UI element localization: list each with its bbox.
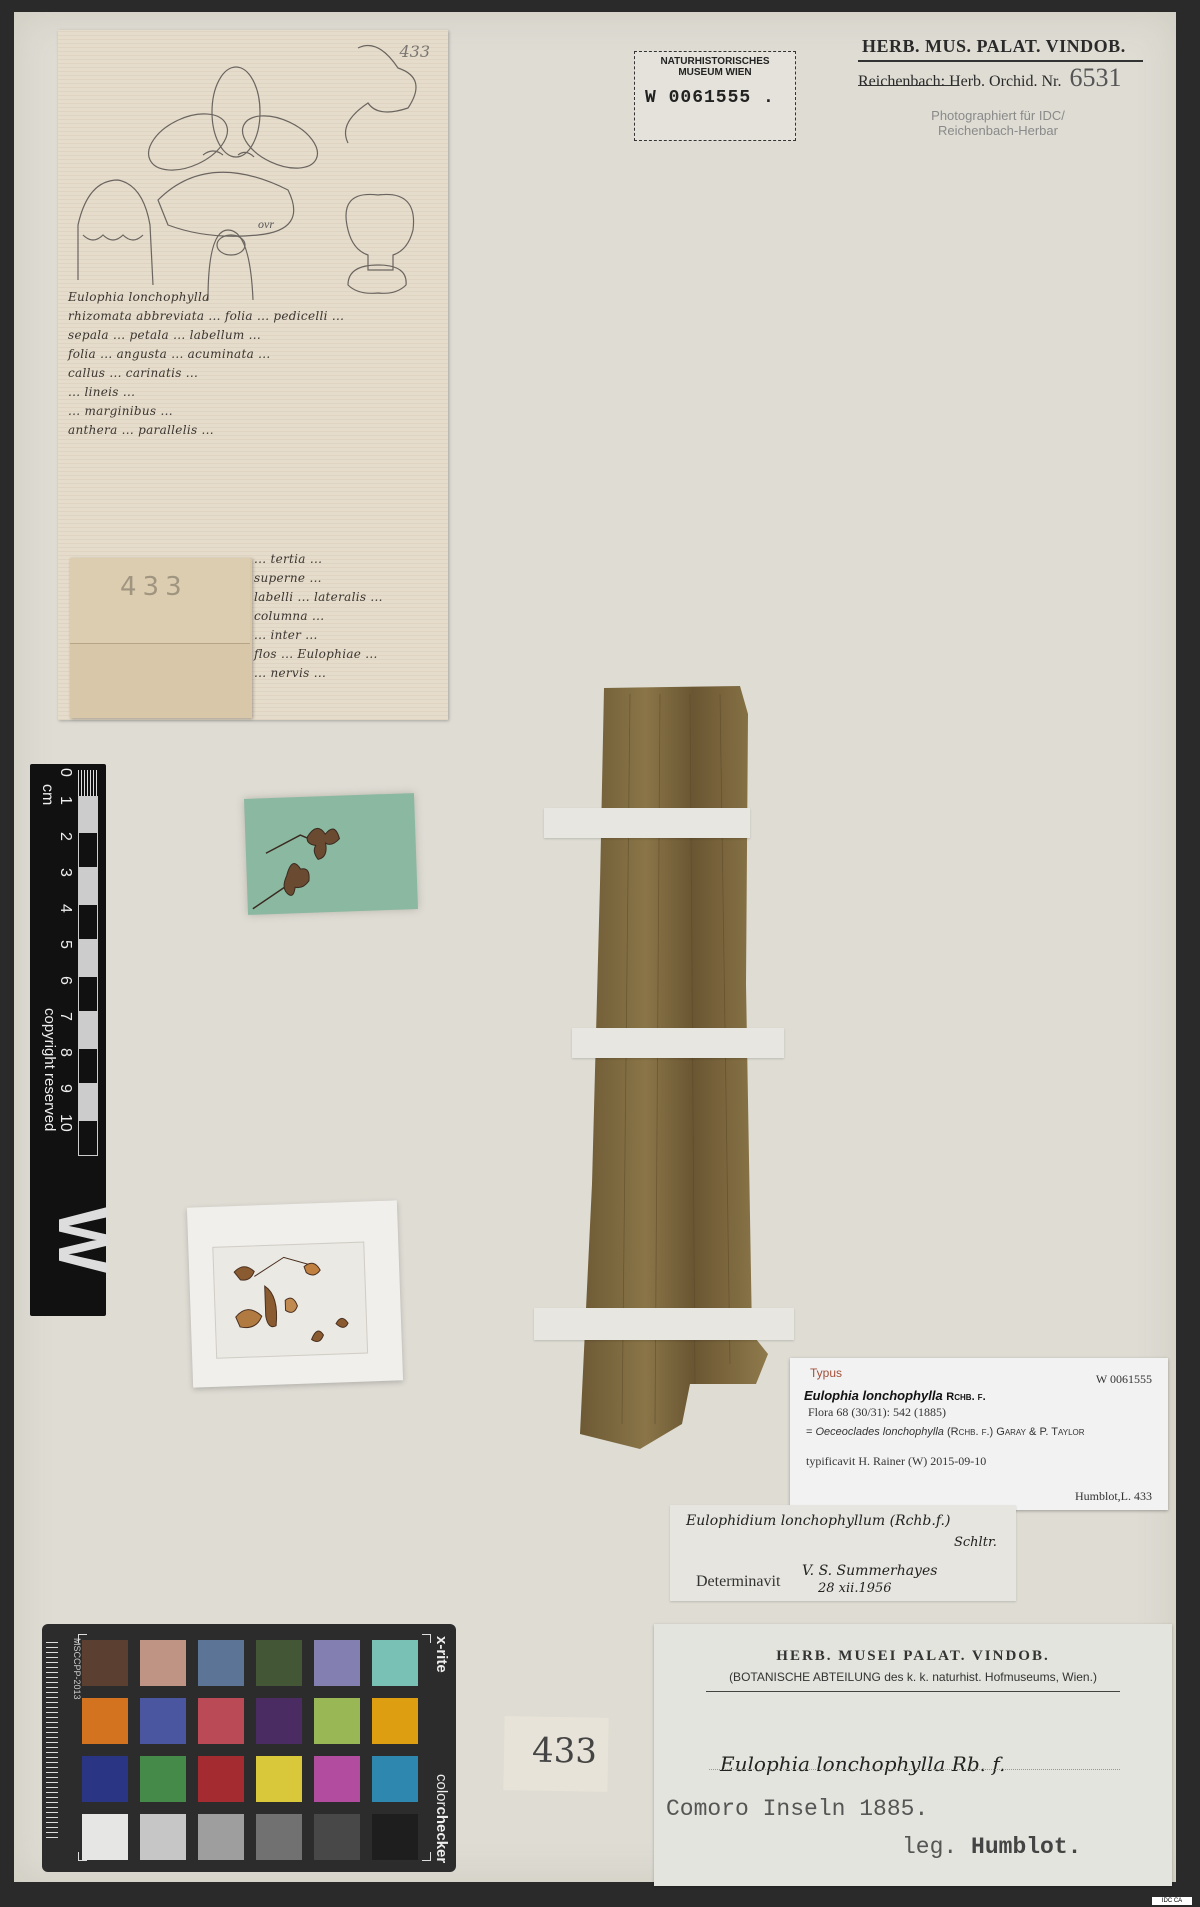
museum-specimen-label: HERB. MUSEI PALAT. VINDOB. (BOTANISCHE A… [654, 1624, 1172, 1886]
color-swatch [140, 1814, 186, 1860]
header-rule [858, 60, 1143, 62]
color-swatch [372, 1756, 418, 1802]
museum-label-subtitle: (BOTANISCHE ABTEILUNG des k. k. naturhis… [654, 1670, 1172, 1684]
typus-taxon: Eulophia lonchophylla Rchb. f. [804, 1388, 986, 1403]
typus-label: Typus W 0061555 Eulophia lonchophylla Rc… [790, 1358, 1168, 1510]
envelope-number: 433 [120, 572, 188, 602]
typification-note: typificavit H. Rainer (W) 2015-09-10 [806, 1454, 986, 1469]
color-swatch [198, 1814, 244, 1860]
photo-note: Photographiert für IDC/Reichenbach-Herba… [918, 108, 1078, 138]
collector: leg. Humblot. [902, 1834, 1081, 1860]
color-swatch [198, 1640, 244, 1686]
mounting-tape-1 [544, 808, 750, 838]
number-card: 433 [503, 1716, 608, 1792]
color-swatch [372, 1640, 418, 1686]
svg-text:ovr: ovr [258, 217, 274, 231]
colorchecker-brand: colorchecker [433, 1774, 450, 1863]
color-swatch [82, 1698, 128, 1744]
museum-label-title: HERB. MUSEI PALAT. VINDOB. [654, 1648, 1172, 1665]
color-swatch [82, 1756, 128, 1802]
museum-barcode-stamp: NATURHISTORISCHESMUSEUM WIEN W 0061555 . [634, 51, 796, 141]
mounting-tape-3 [534, 1308, 794, 1340]
color-checker-card: MSCCPP-2013 x-rite colorchecker [42, 1624, 456, 1872]
herbarium-header-title: HERB. MUS. PALAT. VINDOB. [862, 36, 1126, 57]
typus-barcode: W 0061555 [1096, 1372, 1152, 1387]
color-swatch [198, 1698, 244, 1744]
green-paper-with-flowers [244, 793, 418, 915]
color-swatch [140, 1698, 186, 1744]
collector-reference: Humblot,L. 433 [1075, 1489, 1152, 1504]
dried-flower-icon [244, 793, 418, 915]
color-swatch [314, 1756, 360, 1802]
color-swatch [140, 1640, 186, 1686]
determinavit-label: Eulophidium lonchophyllum (Rchb.f.) Schl… [670, 1505, 1016, 1601]
herbarium-number: 6531 [1069, 63, 1121, 92]
color-swatch [372, 1698, 418, 1744]
reichenbach-line: Reichenbach: Herb. Orchid. Nr.6531 [858, 63, 1121, 93]
color-swatch [82, 1814, 128, 1860]
corner-badge: IDC CA [1152, 1897, 1192, 1905]
locality: Comoro Inseln 1885. [666, 1796, 928, 1822]
orchid-sketch-icon: ovr [58, 30, 448, 330]
fragment-packet [187, 1200, 403, 1387]
dried-fragments-icon [213, 1243, 367, 1358]
color-swatch [256, 1698, 302, 1744]
copyright-text: copyright reserved [41, 1008, 58, 1131]
cm-scale-ruler: cm 0 1 2 3 4 5 6 7 8 9 10 copyright rese… [30, 764, 106, 1316]
color-swatch [82, 1640, 128, 1686]
specimen-envelope: 433 [70, 558, 252, 718]
mounting-tape-2 [572, 1028, 784, 1058]
museum-logo-icon: W [23, 1207, 113, 1267]
note-heading: Eulophia lonchophylla [68, 288, 438, 307]
typus-publication: Flora 68 (30/31): 542 (1885) [808, 1405, 946, 1420]
color-swatch [314, 1814, 360, 1860]
barcode-number: W 0061555 . [645, 88, 775, 108]
color-swatch [198, 1756, 244, 1802]
color-swatch [140, 1756, 186, 1802]
dried-leaf-specimen-icon [570, 684, 790, 1464]
color-swatch [372, 1814, 418, 1860]
typus-category: Typus [810, 1366, 842, 1380]
color-swatch [314, 1698, 360, 1744]
handwritten-taxon: Eulophia lonchophylla Rb. f. [720, 1752, 1005, 1776]
color-swatch [256, 1640, 302, 1686]
color-swatch [256, 1756, 302, 1802]
typus-synonym: = Oeceoclades lonchophylla (Rchb. f.) Ga… [806, 1426, 1085, 1438]
color-swatch [256, 1814, 302, 1860]
color-swatch [314, 1640, 360, 1686]
